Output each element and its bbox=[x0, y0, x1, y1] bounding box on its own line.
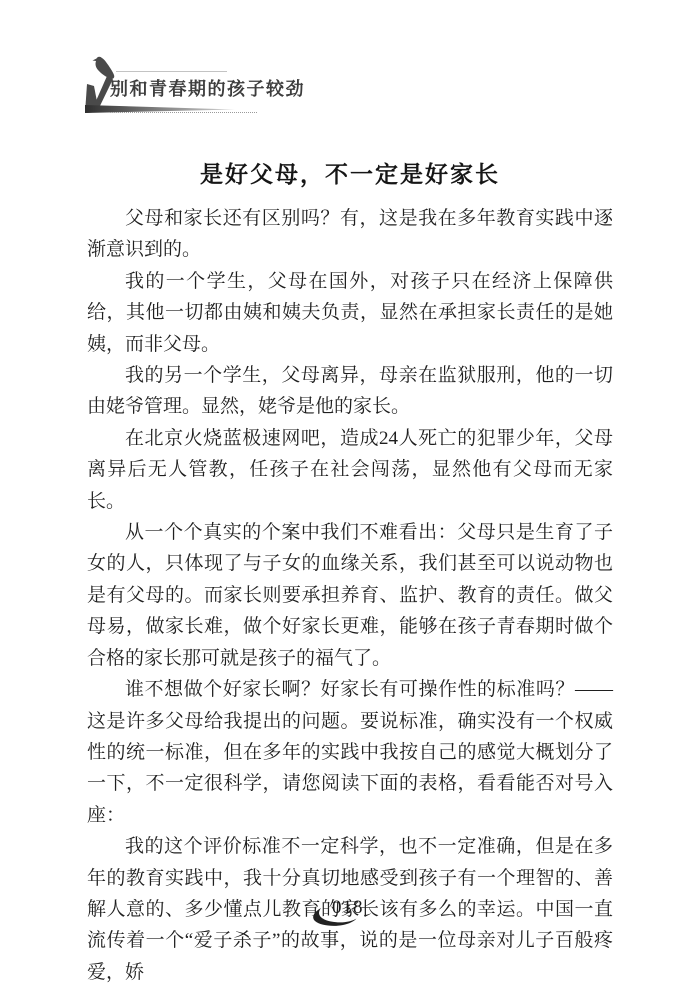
paragraph: 在北京火烧蓝极速网吧，造成24人死亡的犯罪少年，父母离异后无人管教，任孩子在社会… bbox=[87, 423, 613, 517]
chapter-title: 是好父母，不一定是好家长 bbox=[0, 156, 700, 189]
header-rule bbox=[116, 71, 227, 72]
paragraph: 谁不想做个好家长啊？好家长有可操作性的标准吗？——这是许多父母给我提出的问题。要… bbox=[87, 674, 613, 831]
paragraph: 父母和家长还有区别吗？有，这是我在多年教育实践中逐渐意识到的。 bbox=[87, 203, 613, 266]
page-number-block: 018 bbox=[310, 897, 390, 935]
book-page: 别和青春期的孩子较劲 是好父母，不一定是好家长 父母和家长还有区别吗？有，这是我… bbox=[0, 0, 700, 993]
paragraph: 我的另一个学生，父母离异，母亲在监狱服刑，他的一切由姥爷管理。显然，姥爷是他的家… bbox=[87, 360, 613, 423]
book-title: 别和青春期的孩子较劲 bbox=[110, 79, 305, 99]
header-dotted-rule bbox=[110, 112, 257, 113]
paragraph: 从一个个真实的个案中我们不难看出：父母只是生育了子女的人，只体现了与子女的血缘关… bbox=[87, 517, 613, 674]
running-header: 别和青春期的孩子较劲 bbox=[0, 0, 700, 130]
page-number: 018 bbox=[332, 897, 364, 919]
paragraph: 我的一个学生，父母在国外，对孩子只在经济上保障供给，其他一切都由姨和姨夫负责，显… bbox=[87, 266, 613, 360]
body-text: 父母和家长还有区别吗？有，这是我在多年教育实践中逐渐意识到的。 我的一个学生，父… bbox=[87, 203, 613, 988]
